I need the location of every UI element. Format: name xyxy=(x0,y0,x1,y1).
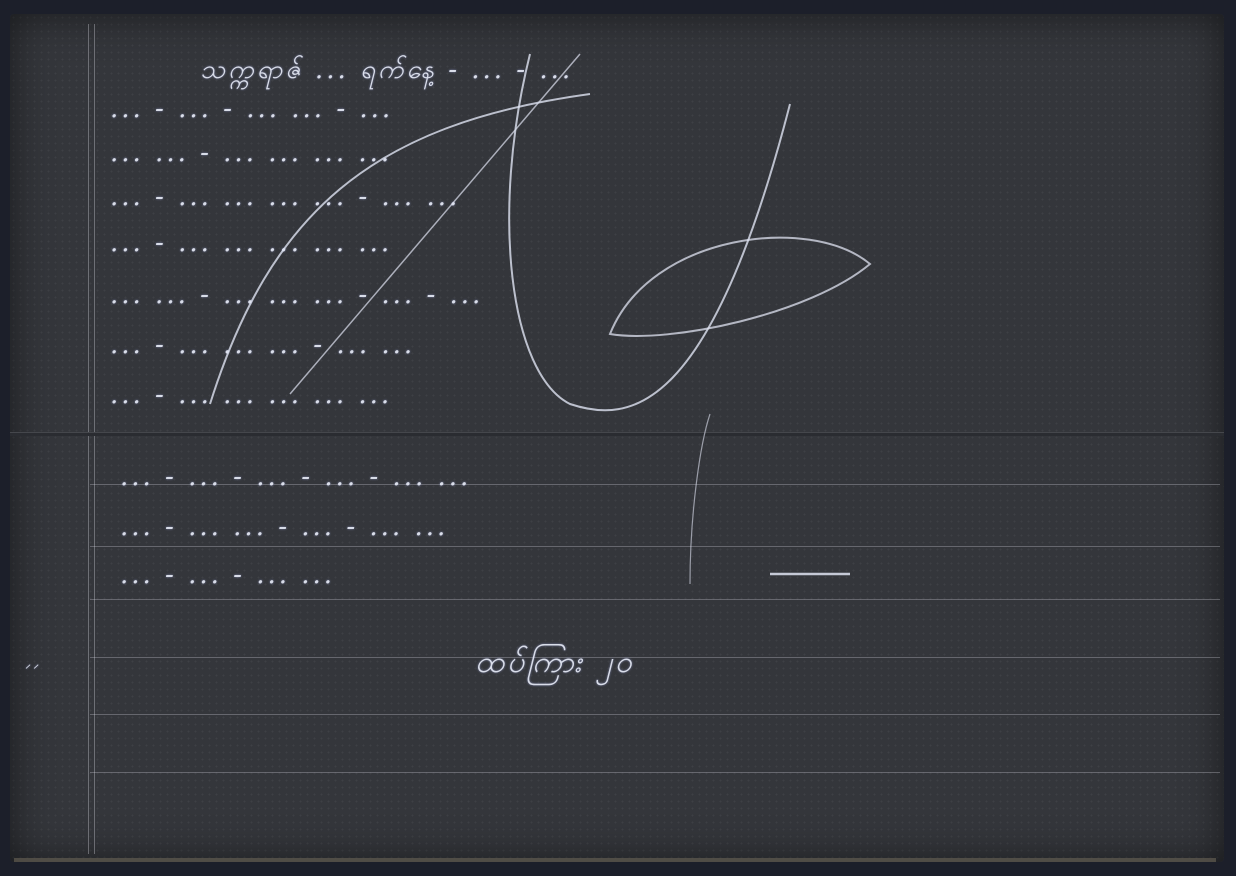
crossing-strokes xyxy=(10,14,1224,862)
parabaik-sheet: သက္ကရာဇ် ... ရက်နေ့ - ... - ... ... - ..… xyxy=(10,14,1224,862)
